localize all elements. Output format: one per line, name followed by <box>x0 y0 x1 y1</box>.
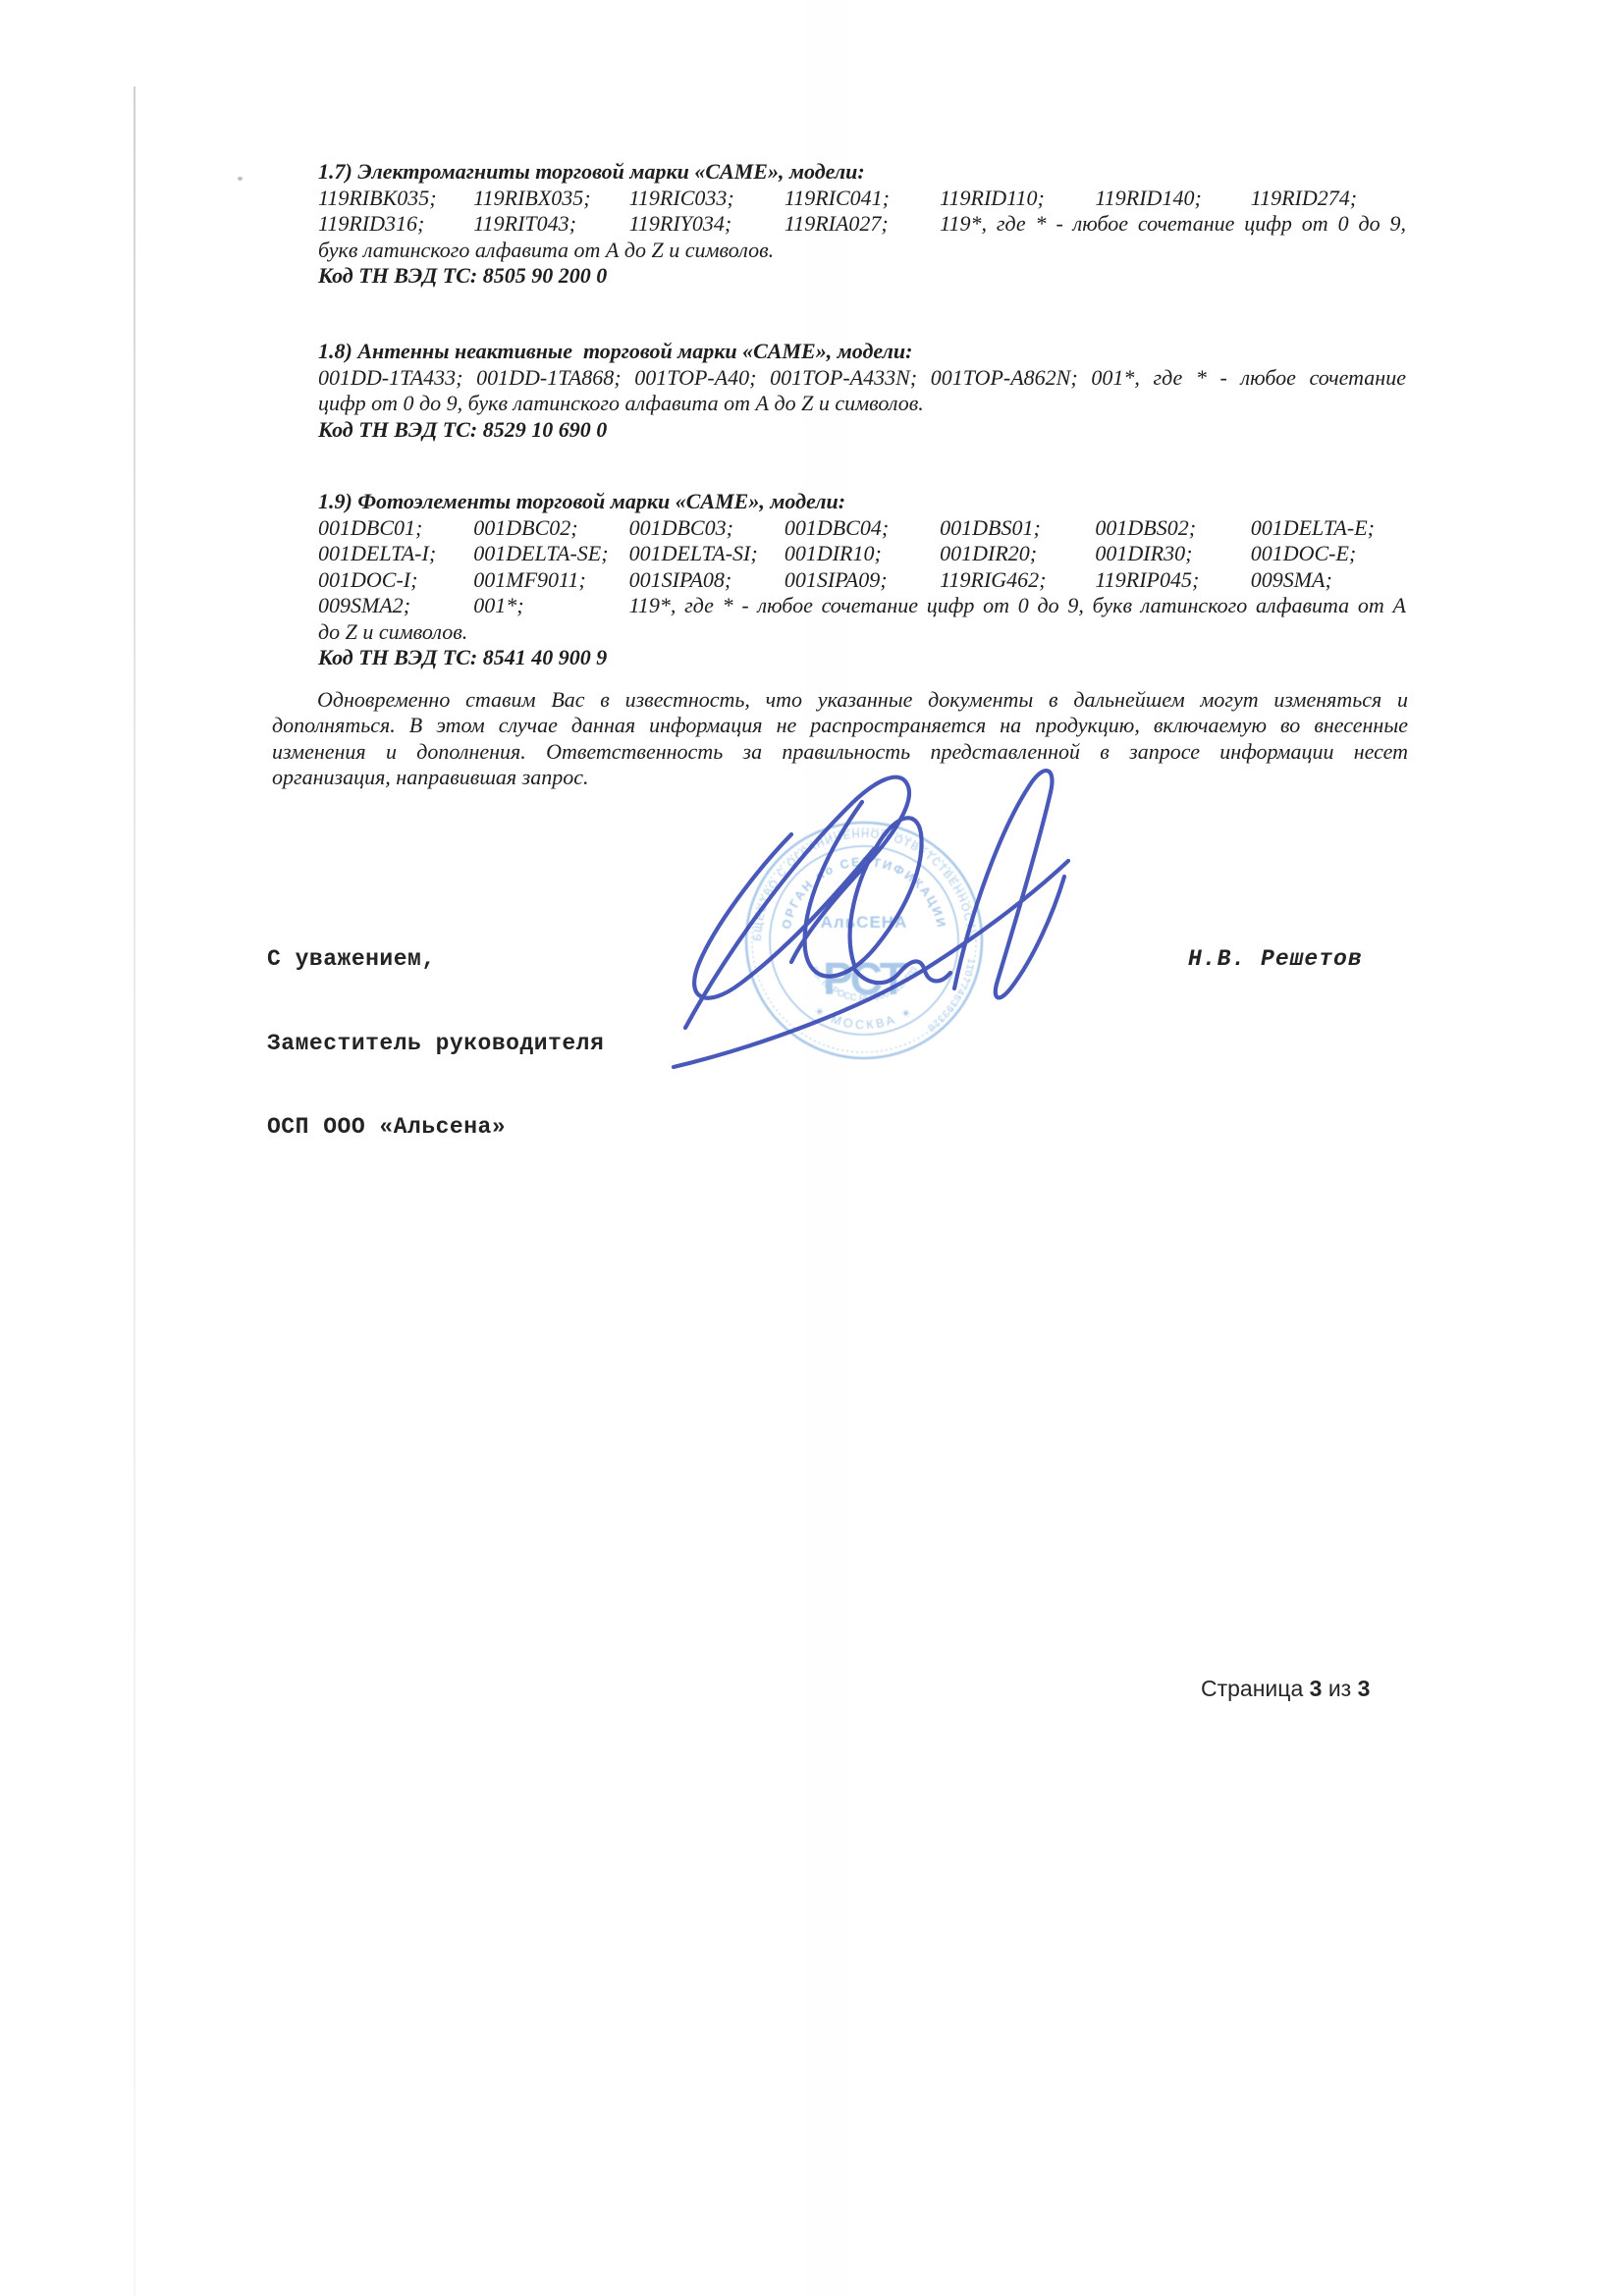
model-row: цифр от 0 до 9, букв латинского алфавита… <box>318 391 1406 417</box>
stamp-and-signature: ОБЩЕСТВО С ОГРАНИЧЕННОЙ ОТВЕТСТВЕННОСТЬЮ… <box>609 741 1119 1104</box>
model-cell: 001DELTA-E; <box>1251 515 1406 542</box>
paragraph-line: дополняться. В этом случае данная информ… <box>272 713 1408 738</box>
section-title: 1.8) Антенны неактивные торговой марки «… <box>318 339 1406 365</box>
model-row: 009SMA2;001*;119*, где * - любое сочетан… <box>318 593 1406 619</box>
customs-code: Код ТН ВЭД ТС: 8505 90 200 0 <box>318 263 1406 290</box>
footer-of-label: из <box>1328 1676 1351 1701</box>
model-cell: цифр от 0 до 9, букв латинского алфавита… <box>318 391 1406 417</box>
model-cell: 001SIPA09; <box>785 567 940 594</box>
round-stamp: ОБЩЕСТВО С ОГРАНИЧЕННОЙ ОТВЕТСТВЕННОСТЬЮ… <box>609 741 982 1058</box>
section-1-9-photocells: 1.9) Фотоэлементы торговой марки «CAME»,… <box>318 489 1406 671</box>
model-cell: 119RIBK035; <box>318 186 473 212</box>
model-row: 001DELTA-I;001DELTA-SE;001DELTA-SI;001DI… <box>318 541 1406 567</box>
footer-total-pages: 3 <box>1358 1676 1371 1701</box>
model-row: 001DOC-I;001MF9011;001SIPA08;001SIPA09;1… <box>318 567 1406 594</box>
model-cell: до Z и символов. <box>318 619 1406 646</box>
model-cell: 001DIR20; <box>940 541 1095 567</box>
model-row: 119RIBK035;119RIBX035;119RIC033;119RIC04… <box>318 186 1406 212</box>
signature-block: С уважением, Заместитель руководителя ОС… <box>267 889 604 1198</box>
model-cell: букв латинского алфавита от А до Z и сим… <box>318 238 1406 264</box>
signatory-name: Н.В. Решетов <box>1188 946 1363 972</box>
model-row: 001DD-1TA433; 001DD-1TA868; 001TOP-A40; … <box>318 365 1406 392</box>
model-cell: 119*, где * - любое сочетание цифр от 0 … <box>629 593 1406 619</box>
model-cell: 001DBC04; <box>785 515 940 542</box>
model-cell: 119RIT043; <box>473 211 628 238</box>
model-cell: 009SMA; <box>1251 567 1406 594</box>
model-cell: 001*; <box>473 593 628 619</box>
model-cell: 001DBC03; <box>629 515 785 542</box>
model-cell: 119RIP045; <box>1095 567 1250 594</box>
model-cell: 001DD-1TA433; 001DD-1TA868; 001TOP-A40; … <box>318 365 1406 392</box>
section-1-7-electromagnets: 1.7) Электромагниты торговой марки «CAME… <box>318 159 1406 290</box>
footer-page-number: 3 <box>1310 1676 1323 1701</box>
model-cell: 001DBC01; <box>318 515 473 542</box>
model-cell: 119RID140; <box>1095 186 1250 212</box>
model-cell: 119RIA027; <box>785 211 940 238</box>
model-cell: 001DIR10; <box>785 541 940 567</box>
signature-line-company: ОСП ООО «Альсена» <box>267 1113 604 1142</box>
customs-code: Код ТН ВЭД ТС: 8529 10 690 0 <box>318 417 1406 444</box>
model-row: 119RID316;119RIT043;119RIY034;119RIA027;… <box>318 211 1406 238</box>
signature-line-position: Заместитель руководителя <box>267 1030 604 1058</box>
footer-label: Страница <box>1201 1676 1303 1701</box>
model-cell: 119RID274; <box>1251 186 1406 212</box>
model-cell: 009SMA2; <box>318 593 473 619</box>
model-row: 001DBC01;001DBC02;001DBC03;001DBC04;001D… <box>318 515 1406 542</box>
model-cell: 001DELTA-SE; <box>473 541 628 567</box>
section-title: 1.9) Фотоэлементы торговой марки «CAME»,… <box>318 489 1406 515</box>
signature-line-regards: С уважением, <box>267 945 604 974</box>
model-row: букв латинского алфавита от А до Z и сим… <box>318 238 1406 264</box>
model-cell: 119RIC033; <box>629 186 785 212</box>
section-title: 1.7) Электромагниты торговой марки «CAME… <box>318 159 1406 186</box>
scan-artifact-line <box>134 86 135 2296</box>
scan-speck <box>238 177 243 181</box>
model-cell: 001DIR30; <box>1095 541 1250 567</box>
model-cell: 119RIG462; <box>940 567 1095 594</box>
model-cell: 119RIY034; <box>629 211 785 238</box>
model-cell: 001DBS02; <box>1095 515 1250 542</box>
document-page: 1.7) Электромагниты торговой марки «CAME… <box>0 0 1624 2296</box>
model-cell: 119RID110; <box>940 186 1095 212</box>
model-cell: 119RIBX035; <box>473 186 628 212</box>
section-1-8-antennas: 1.8) Антенны неактивные торговой марки «… <box>318 339 1406 443</box>
model-cell: 001DOC-E; <box>1251 541 1406 567</box>
model-cell: 001DBS01; <box>940 515 1095 542</box>
model-cell: 001MF9011; <box>473 567 628 594</box>
model-cell: 001SIPA08; <box>629 567 785 594</box>
page-footer: Страница 3 из 3 <box>1201 1676 1370 1702</box>
model-cell: 001DELTA-I; <box>318 541 473 567</box>
model-cell: 119RIC041; <box>785 186 940 212</box>
model-cell: 119*, где * - любое сочетание цифр от 0 … <box>940 211 1406 238</box>
model-row: до Z и символов. <box>318 619 1406 646</box>
model-cell: 119RID316; <box>318 211 473 238</box>
paragraph-line: Одновременно ставим Вас в известность, ч… <box>272 687 1408 713</box>
model-cell: 001DOC-I; <box>318 567 473 594</box>
model-cell: 001DBC02; <box>473 515 628 542</box>
customs-code: Код ТН ВЭД ТС: 8541 40 900 9 <box>318 645 1406 671</box>
model-cell: 001DELTA-SI; <box>629 541 785 567</box>
